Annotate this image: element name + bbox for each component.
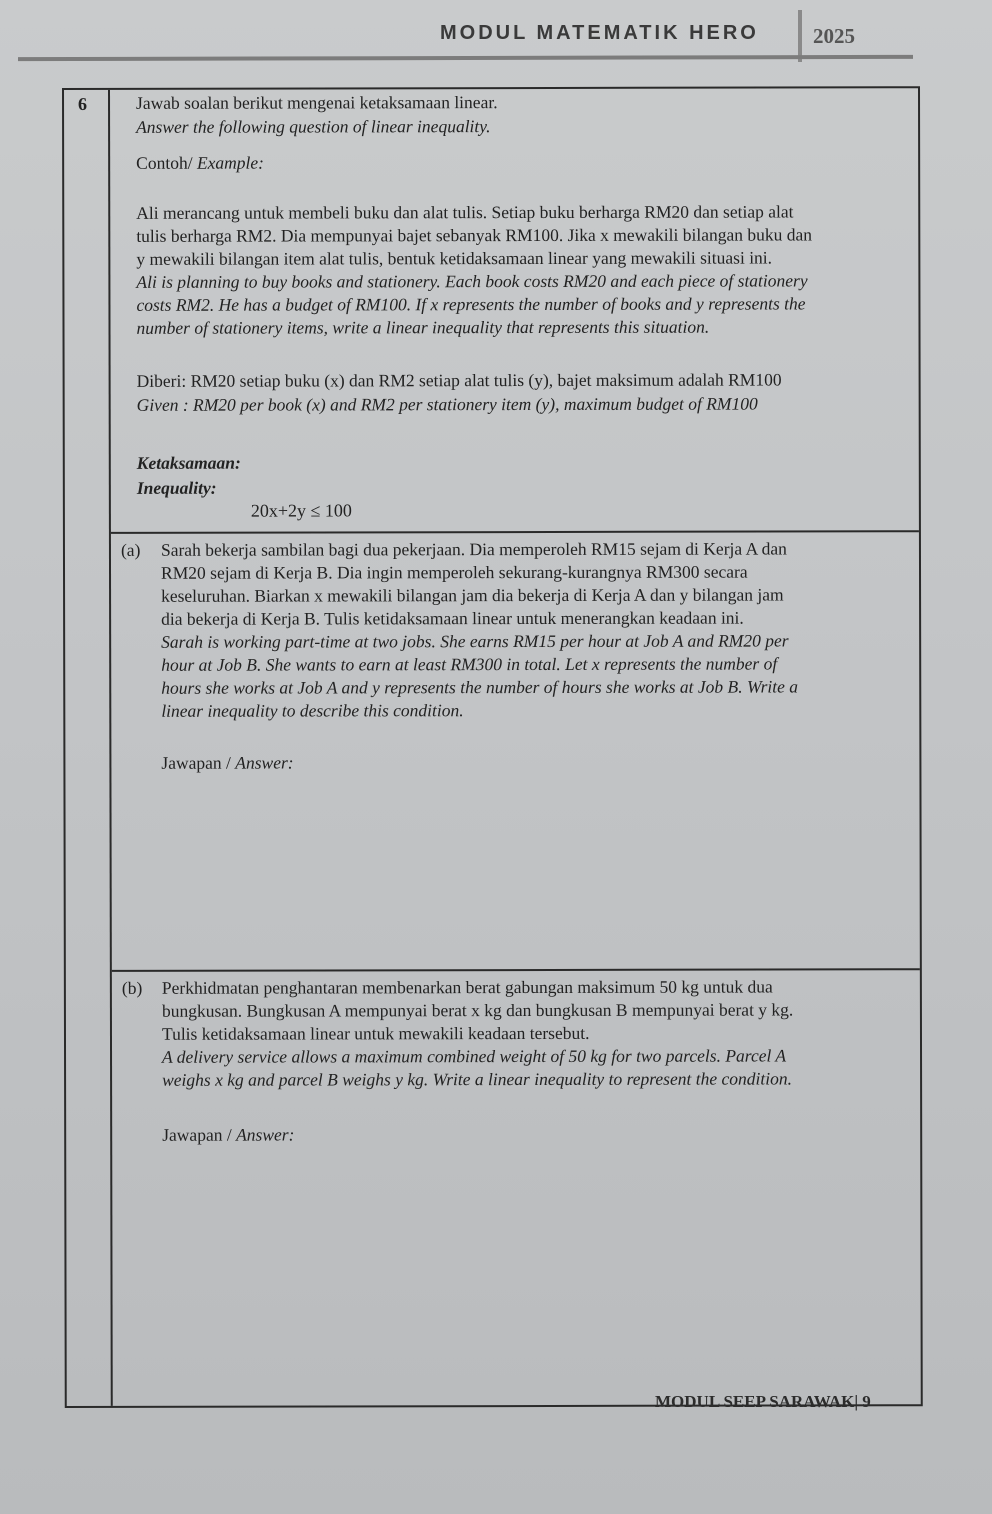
answer-label-ms: Jawapan / [161,753,231,773]
page-header: MODUL MATEMATIK HERO 2025 [18,0,913,62]
inequality-label-en: Inequality: [137,477,217,499]
answer-label-en: Answer: [235,753,293,773]
part-a-answer-label: Jawapan / Answer: [161,752,293,774]
example-label-ms: Contoh/ [136,153,192,173]
example-text-en-line: costs RM2. He has a budget of RM100. If … [136,292,805,315]
answer-label-ms: Jawapan / [162,1125,232,1145]
part-a-text-ms-line: Sarah bekerja sambilan bagi dua pekerjaa… [161,537,787,560]
example-label: Contoh/ Example: [136,152,264,174]
part-b-text-ms-line: Perkhidmatan penghantaran membenarkan be… [162,976,773,999]
part-b-answer-space[interactable] [162,1150,911,1392]
given-ms: Diberi: RM20 setiap buku (x) dan RM2 set… [137,368,782,391]
part-b-text-en-line: weighs x kg and parcel B weighs y kg. Wr… [162,1067,792,1090]
answer-label-en: Answer: [236,1125,294,1145]
module-title: MODUL MATEMATIK HERO [440,22,759,45]
question-number-column: 6 [64,90,113,1406]
question-content: Jawab soalan berikut mengenai ketaksamaa… [110,88,921,1406]
example-inequality: 20x+2y ≤ 100 [251,499,352,521]
section-separator [111,530,919,534]
example-text-ms-line: tulis berharga RM2. Dia mempunyai bajet … [136,223,812,246]
question-table: 6 Jawab soalan berikut mengenai ketaksam… [62,86,923,1408]
part-b-text-en-line: A delivery service allows a maximum comb… [162,1044,786,1067]
part-a-text-en-line: hours she works at Job A and y represent… [161,675,798,698]
example-text-ms-line: y mewakili bilangan item alat tulis, ben… [136,247,772,270]
part-b-answer-label: Jawapan / Answer: [162,1124,294,1146]
part-b-text-ms-line: Tulis ketidaksamaan linear untuk mewakil… [162,1022,590,1045]
example-text-en-line: Ali is planning to buy books and station… [136,269,807,292]
part-b-text-ms-line: bungkusan. Bungkusan A mempunyai berat x… [162,998,793,1021]
module-year: 2025 [813,24,855,49]
instruction-en: Answer the following question of linear … [136,115,490,138]
example-text-en-line: number of stationery items, write a line… [136,316,709,339]
part-a-label: (a) [121,539,140,561]
question-number: 6 [78,94,87,115]
part-a-text-ms-line: dia bekerja di Kerja B. Tulis ketidaksam… [161,607,744,630]
example-text-ms-line: Ali merancang untuk membeli buku dan ala… [136,200,793,223]
part-a-text-en-line: linear inequality to describe this condi… [161,699,463,722]
inequality-label-ms: Ketaksamaan: [137,452,241,474]
part-a-text-en-line: hour at Job B. She wants to earn at leas… [161,653,777,676]
example-label-en: Example: [197,153,264,173]
instruction-ms: Jawab soalan berikut mengenai ketaksamaa… [136,91,498,114]
header-rule [18,55,913,61]
part-a-text-ms-line: RM20 sejam di Kerja B. Dia ingin mempero… [161,561,748,584]
part-b-label: (b) [122,977,142,999]
part-a-text-ms-line: keseluruhan. Biarkan x mewakili bilangan… [161,583,784,606]
page-footer: MODUL SEEP SARAWAK| 9 [655,1392,871,1412]
given-en: Given : RM20 per book (x) and RM2 per st… [137,393,758,416]
part-a-text-en-line: Sarah is working part-time at two jobs. … [161,629,788,652]
part-a-answer-space[interactable] [161,778,909,960]
section-separator [112,968,920,972]
